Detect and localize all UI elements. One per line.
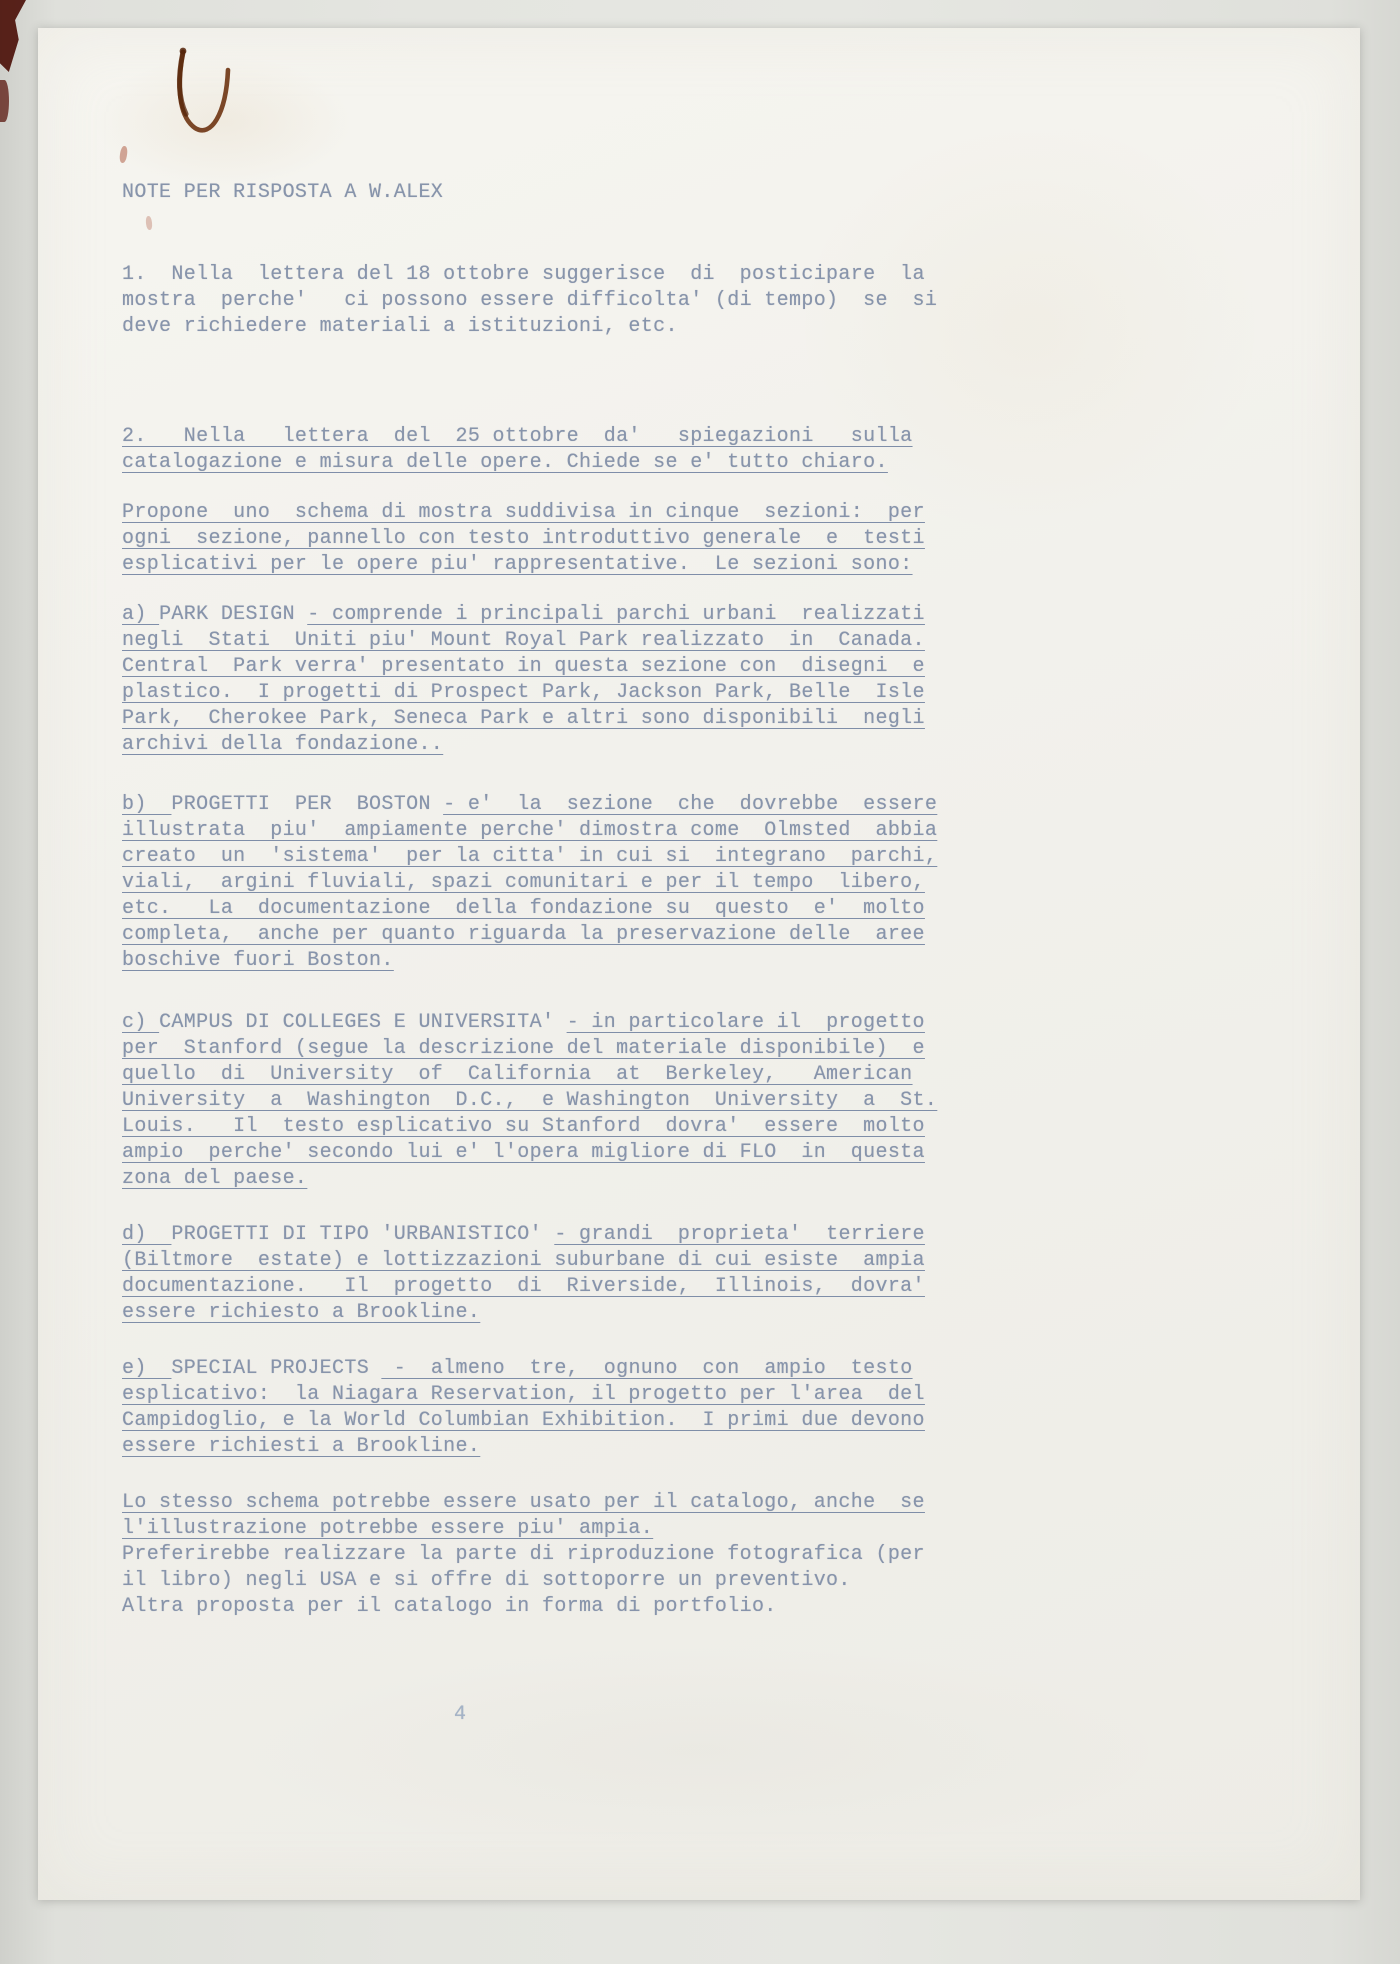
text-line: boschive fuori Boston. bbox=[122, 948, 982, 974]
paragraph-p3: Propone uno schema di mostra suddivisa i… bbox=[122, 500, 982, 578]
text-line: Lo stesso schema potrebbe essere usato p… bbox=[122, 1490, 982, 1516]
text-line: b) PROGETTI PER BOSTON - e' la sezione c… bbox=[122, 792, 982, 818]
text-line: completa, anche per quanto riguarda la p… bbox=[122, 922, 982, 948]
text-line: quello di University of California at Be… bbox=[122, 1062, 982, 1088]
scanned-document-page: NOTE PER RISPOSTA A W.ALEX 1. Nella lett… bbox=[0, 0, 1400, 1964]
text-line: catalogazione e misura delle opere. Chie… bbox=[122, 450, 982, 476]
text-line: viali, argini fluviali, spazi comunitari… bbox=[122, 870, 982, 896]
text-line: negli Stati Uniti piu' Mount Royal Park … bbox=[122, 628, 982, 654]
text-line: e) SPECIAL PROJECTS - almeno tre, ognuno… bbox=[122, 1356, 982, 1382]
rust-stain-mark bbox=[166, 42, 244, 144]
text-line: 2. Nella lettera del 25 ottobre da' spie… bbox=[122, 424, 982, 450]
document-body: 1. Nella lettera del 18 ottobre suggeris… bbox=[122, 262, 982, 1620]
text-line: l'illustrazione potrebbe essere piu' amp… bbox=[122, 1516, 982, 1542]
text-line: documentazione. Il progetto di Riverside… bbox=[122, 1274, 982, 1300]
page-title: NOTE PER RISPOSTA A W.ALEX bbox=[122, 180, 982, 206]
text-line: essere richiesto a Brookline. bbox=[122, 1300, 982, 1326]
text-line: archivi della fondazione.. bbox=[122, 732, 982, 758]
paragraph-p1: 1. Nella lettera del 18 ottobre suggeris… bbox=[122, 262, 982, 340]
text-line: mostra perche' ci possono essere diffico… bbox=[122, 288, 982, 314]
text-line: illustrata piu' ampiamente perche' dimos… bbox=[122, 818, 982, 844]
text-line: c) CAMPUS DI COLLEGES E UNIVERSITA' - in… bbox=[122, 1010, 982, 1036]
text-line: 1. Nella lettera del 18 ottobre suggeris… bbox=[122, 262, 982, 288]
text-line: etc. La documentazione della fondazione … bbox=[122, 896, 982, 922]
text-line: Preferirebbe realizzare la parte di ripr… bbox=[122, 1542, 982, 1568]
paragraph-e: e) SPECIAL PROJECTS - almeno tre, ognuno… bbox=[122, 1356, 982, 1460]
paragraph-final: Lo stesso schema potrebbe essere usato p… bbox=[122, 1490, 982, 1620]
text-line: Altra proposta per il catalogo in forma … bbox=[122, 1594, 982, 1620]
text-line: d) PROGETTI DI TIPO 'URBANISTICO' - gran… bbox=[122, 1222, 982, 1248]
text-line: Louis. Il testo esplicativo su Stanford … bbox=[122, 1114, 982, 1140]
paragraph-p2: 2. Nella lettera del 25 ottobre da' spie… bbox=[122, 424, 982, 476]
text-line: plastico. I progetti di Prospect Park, J… bbox=[122, 680, 982, 706]
text-line: Propone uno schema di mostra suddivisa i… bbox=[122, 500, 982, 526]
text-line: Central Park verra' presentato in questa… bbox=[122, 654, 982, 680]
paragraph-a: a) PARK DESIGN - comprende i principali … bbox=[122, 602, 982, 758]
text-line: ogni sezione, pannello con testo introdu… bbox=[122, 526, 982, 552]
text-line: (Biltmore estate) e lottizzazioni suburb… bbox=[122, 1248, 982, 1274]
paragraph-d: d) PROGETTI DI TIPO 'URBANISTICO' - gran… bbox=[122, 1222, 982, 1326]
text-line: Campidoglio, e la World Columbian Exhibi… bbox=[122, 1408, 982, 1434]
text-line: ampio perche' secondo lui e' l'opera mig… bbox=[122, 1140, 982, 1166]
binder-edge-mark bbox=[0, 80, 9, 122]
text-line: esplicativi per le opere piu' rappresent… bbox=[122, 552, 982, 578]
text-line: University a Washington D.C., e Washingt… bbox=[122, 1088, 982, 1114]
text-line: il libro) negli USA e si offre di sottop… bbox=[122, 1568, 982, 1594]
binder-corner-mark bbox=[0, 0, 26, 72]
text-line: esplicativo: la Niagara Reservation, il … bbox=[122, 1382, 982, 1408]
text-line: creato un 'sistema' per la citta' in cui… bbox=[122, 844, 982, 870]
text-line: essere richiesti a Brookline. bbox=[122, 1434, 982, 1460]
text-line: per Stanford (segue la descrizione del m… bbox=[122, 1036, 982, 1062]
text-line: Park, Cherokee Park, Seneca Park e altri… bbox=[122, 706, 982, 732]
page-number: 4 bbox=[122, 1702, 982, 1728]
typewritten-text-column: NOTE PER RISPOSTA A W.ALEX 1. Nella lett… bbox=[122, 180, 982, 1728]
paragraph-c: c) CAMPUS DI COLLEGES E UNIVERSITA' - in… bbox=[122, 1010, 982, 1192]
paragraph-b: b) PROGETTI PER BOSTON - e' la sezione c… bbox=[122, 792, 982, 974]
text-line: zona del paese. bbox=[122, 1166, 982, 1192]
text-line: deve richiedere materiali a istituzioni,… bbox=[122, 314, 982, 340]
text-line: a) PARK DESIGN - comprende i principali … bbox=[122, 602, 982, 628]
